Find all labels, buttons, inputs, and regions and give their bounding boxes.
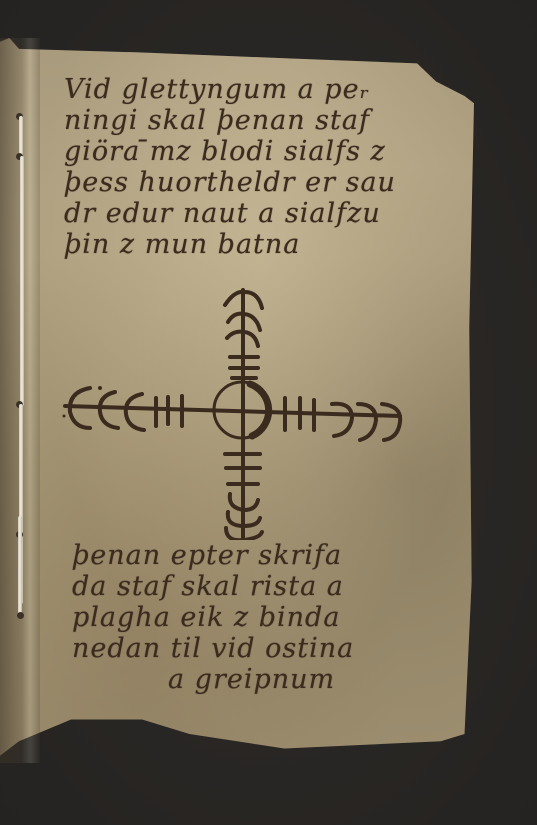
- text-line: giöra ̄mz blodi sialfs z: [64, 136, 396, 167]
- magical-stave: [60, 280, 420, 540]
- top-text-block: Vid glettyngum a peᵣ ningi skal þenan st…: [64, 74, 396, 260]
- text-line: ningi skal þenan staf: [64, 105, 396, 136]
- text-line: nedan til vid ostina: [72, 633, 354, 664]
- text-line: þenan epter skrifa: [72, 540, 354, 571]
- text-line: da staf skal rista a: [72, 571, 354, 602]
- text-line: dr edur naut a sialfzu: [64, 198, 396, 229]
- text-line: Vid glettyngum a peᵣ: [64, 74, 396, 105]
- text-line: a greipnum: [72, 664, 354, 695]
- text-line: þin z mun batna: [64, 229, 396, 260]
- text-line: þess huortheldr er sau: [64, 167, 396, 198]
- text-line: plagha eik z binda: [72, 602, 354, 633]
- bottom-text-block: þenan epter skrifa da staf skal rista a …: [72, 540, 354, 695]
